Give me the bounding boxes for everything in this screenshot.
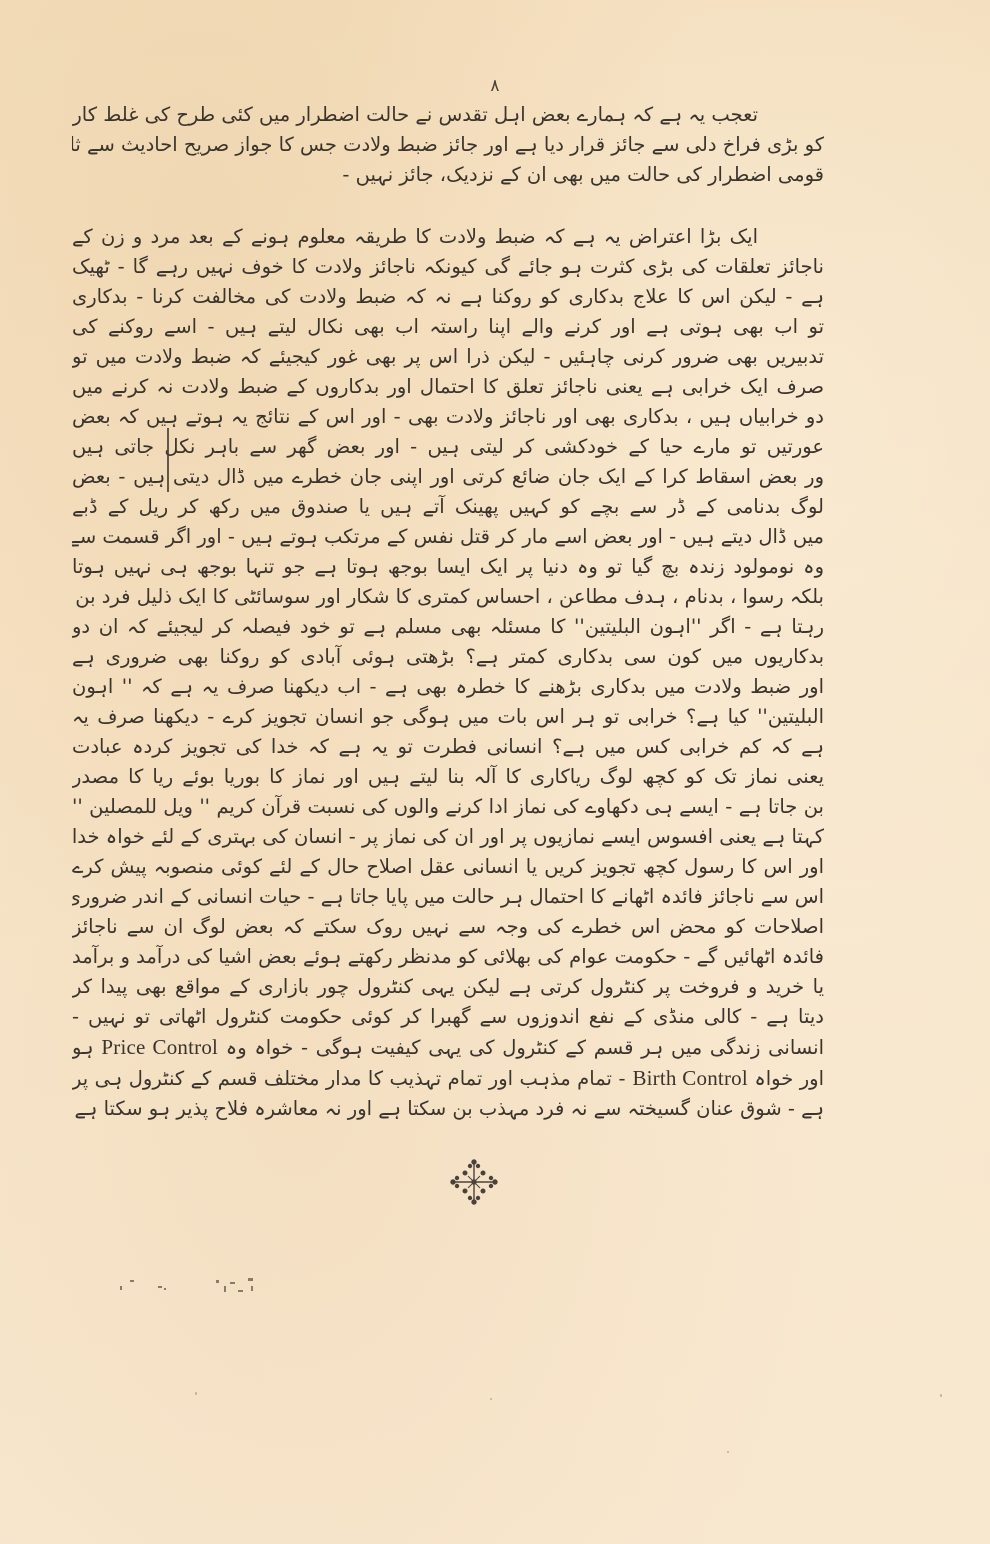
text-line: یا خرید و فروخت پر کنٹرول کرتی ہے لیکن ی… [72,972,890,1002]
text-line: یعنی نماز تک کو کچھ لوگ ریاکاری کا آلہ ب… [72,762,890,792]
text-line: اور ضبط ولادت میں بدکاری بڑھنے کا خطرہ ب… [72,672,890,702]
text-line: ایک بڑا اعتراض یہ ہے کہ ضبط ولادت کا طری… [72,222,890,252]
text-line: تعجب یہ ہے کہ ہمارے بعض اہل تقدس نے حالت… [72,100,890,130]
text-line: صرف ایک خرابی ہے یعنی ناجائز تعلق کا احت… [72,372,890,402]
paper-speck [490,1398,492,1400]
text-line: اصلاحات کو محض اس خطرے کی وجہ سے نہیں رو… [72,912,890,942]
paper-speck [940,1394,942,1397]
handwritten-scribble-icon [118,1264,268,1294]
text-line: البلیتین'' کیا ہے؟ خرابی تو ہر اس بات می… [72,702,890,732]
text-line: ہے - شوق عنان گسیختہ سے نہ فرد مہذب بن س… [72,1094,890,1124]
text-line: ور بعض اسقاط کرا کے ایک جان ضائع کرتی او… [72,462,890,492]
text-line: اس سے ناجائز فائدہ اٹھانے کا احتمال ہر ح… [72,882,890,912]
text-line: بدکاریوں میں کون سی بدکاری کمتر ہے؟ بڑھت… [72,642,890,672]
paragraph-1: تعجب یہ ہے کہ ہمارے بعض اہل تقدس نے حالت… [72,100,890,190]
text-line: ہے کہ کم خرابی کس میں ہے؟ انسانی فطرت تو… [72,732,890,762]
text-line: فائدہ اٹھائیں گے - حکومت عوام کی بھلائی … [72,942,890,972]
text-line-mixed: اور خواہ Birth Control - تمام مذہب اور ت… [72,1063,890,1094]
page-number: ٨ [0,76,990,96]
paper-speck [727,1451,729,1453]
text-line: کو بڑی فراخ دلی سے جائز قرار دیا ہے اور … [72,130,890,160]
text-segment: اور خواہ [754,1067,824,1090]
text-line: قومی اضطرار کی حالت میں بھی ان کے نزدیک،… [72,160,890,190]
paragraph-2: ایک بڑا اعتراض یہ ہے کہ ضبط ولادت کا طری… [72,222,890,1124]
text-line: دو خرابیاں ہیں ، بدکاری بھی اور ناجائز و… [72,402,890,432]
text-line: بلکہ رسوا ، بدنام ، ہدف مطاعن ، احساس کم… [72,582,890,612]
text-line: ہے - لیکن اس کا علاج بدکاری کو روکنا ہے … [72,282,890,312]
text-line: وہ نومولود زندہ بچ گیا تو وہ دنیا پر ایک… [72,552,890,582]
text-line: تو اب بھی ہوتی ہے اور کرنے والے اپنا راس… [72,312,890,342]
text-segment: انسانی زندگی میں ہر قسم کے کنٹرول کی یہی… [226,1036,824,1059]
text-line: ناجائز تعلقات کی بڑی کثرت ہو جائے گی کیو… [72,252,890,282]
text-line: عورتیں تو مارے حیا کے خودکشی کر لیتی ہیں… [72,432,890,462]
text-line-mixed: انسانی زندگی میں ہر قسم کے کنٹرول کی یہی… [72,1032,890,1063]
text-line: رہتا ہے - اگر ''اہون البلیتین'' کا مسئلہ… [72,612,890,642]
floral-ornament-icon [448,1157,500,1207]
text-line: اور اس کا رسول کچھ تجویز کریں یا انسانی … [72,852,890,882]
latin-term-birth-control: Birth Control [632,1066,747,1090]
paper-speck [195,1392,197,1395]
text-segment: - تمام مذہب اور تمام تہذیب کا مدار مختلف… [72,1067,626,1090]
text-line: بن جاتا ہے - ایسے ہی دکھاوے کی نماز ادا … [72,792,890,822]
text-line: کہتا ہے یعنی افسوس ایسے نمازیوں پر اور ا… [72,822,890,852]
text-segment: ہو [72,1036,94,1059]
text-line: لوگ بدنامی کے ڈر سے بچے کو کہیں پھینک آت… [72,492,890,522]
text-line: تدبیریں بھی ضرور کرنی چاہئیں - لیکن ذرا … [72,342,890,372]
latin-term-price-control: Price Control [101,1035,218,1059]
text-line: میں ڈال دیتے ہیں - اور بعض اسے مار کر قت… [72,522,890,552]
text-line: دیتا ہے - کالی منڈی کے نفع اندوزوں سے گھ… [72,1002,890,1032]
print-column-rule [167,428,169,492]
